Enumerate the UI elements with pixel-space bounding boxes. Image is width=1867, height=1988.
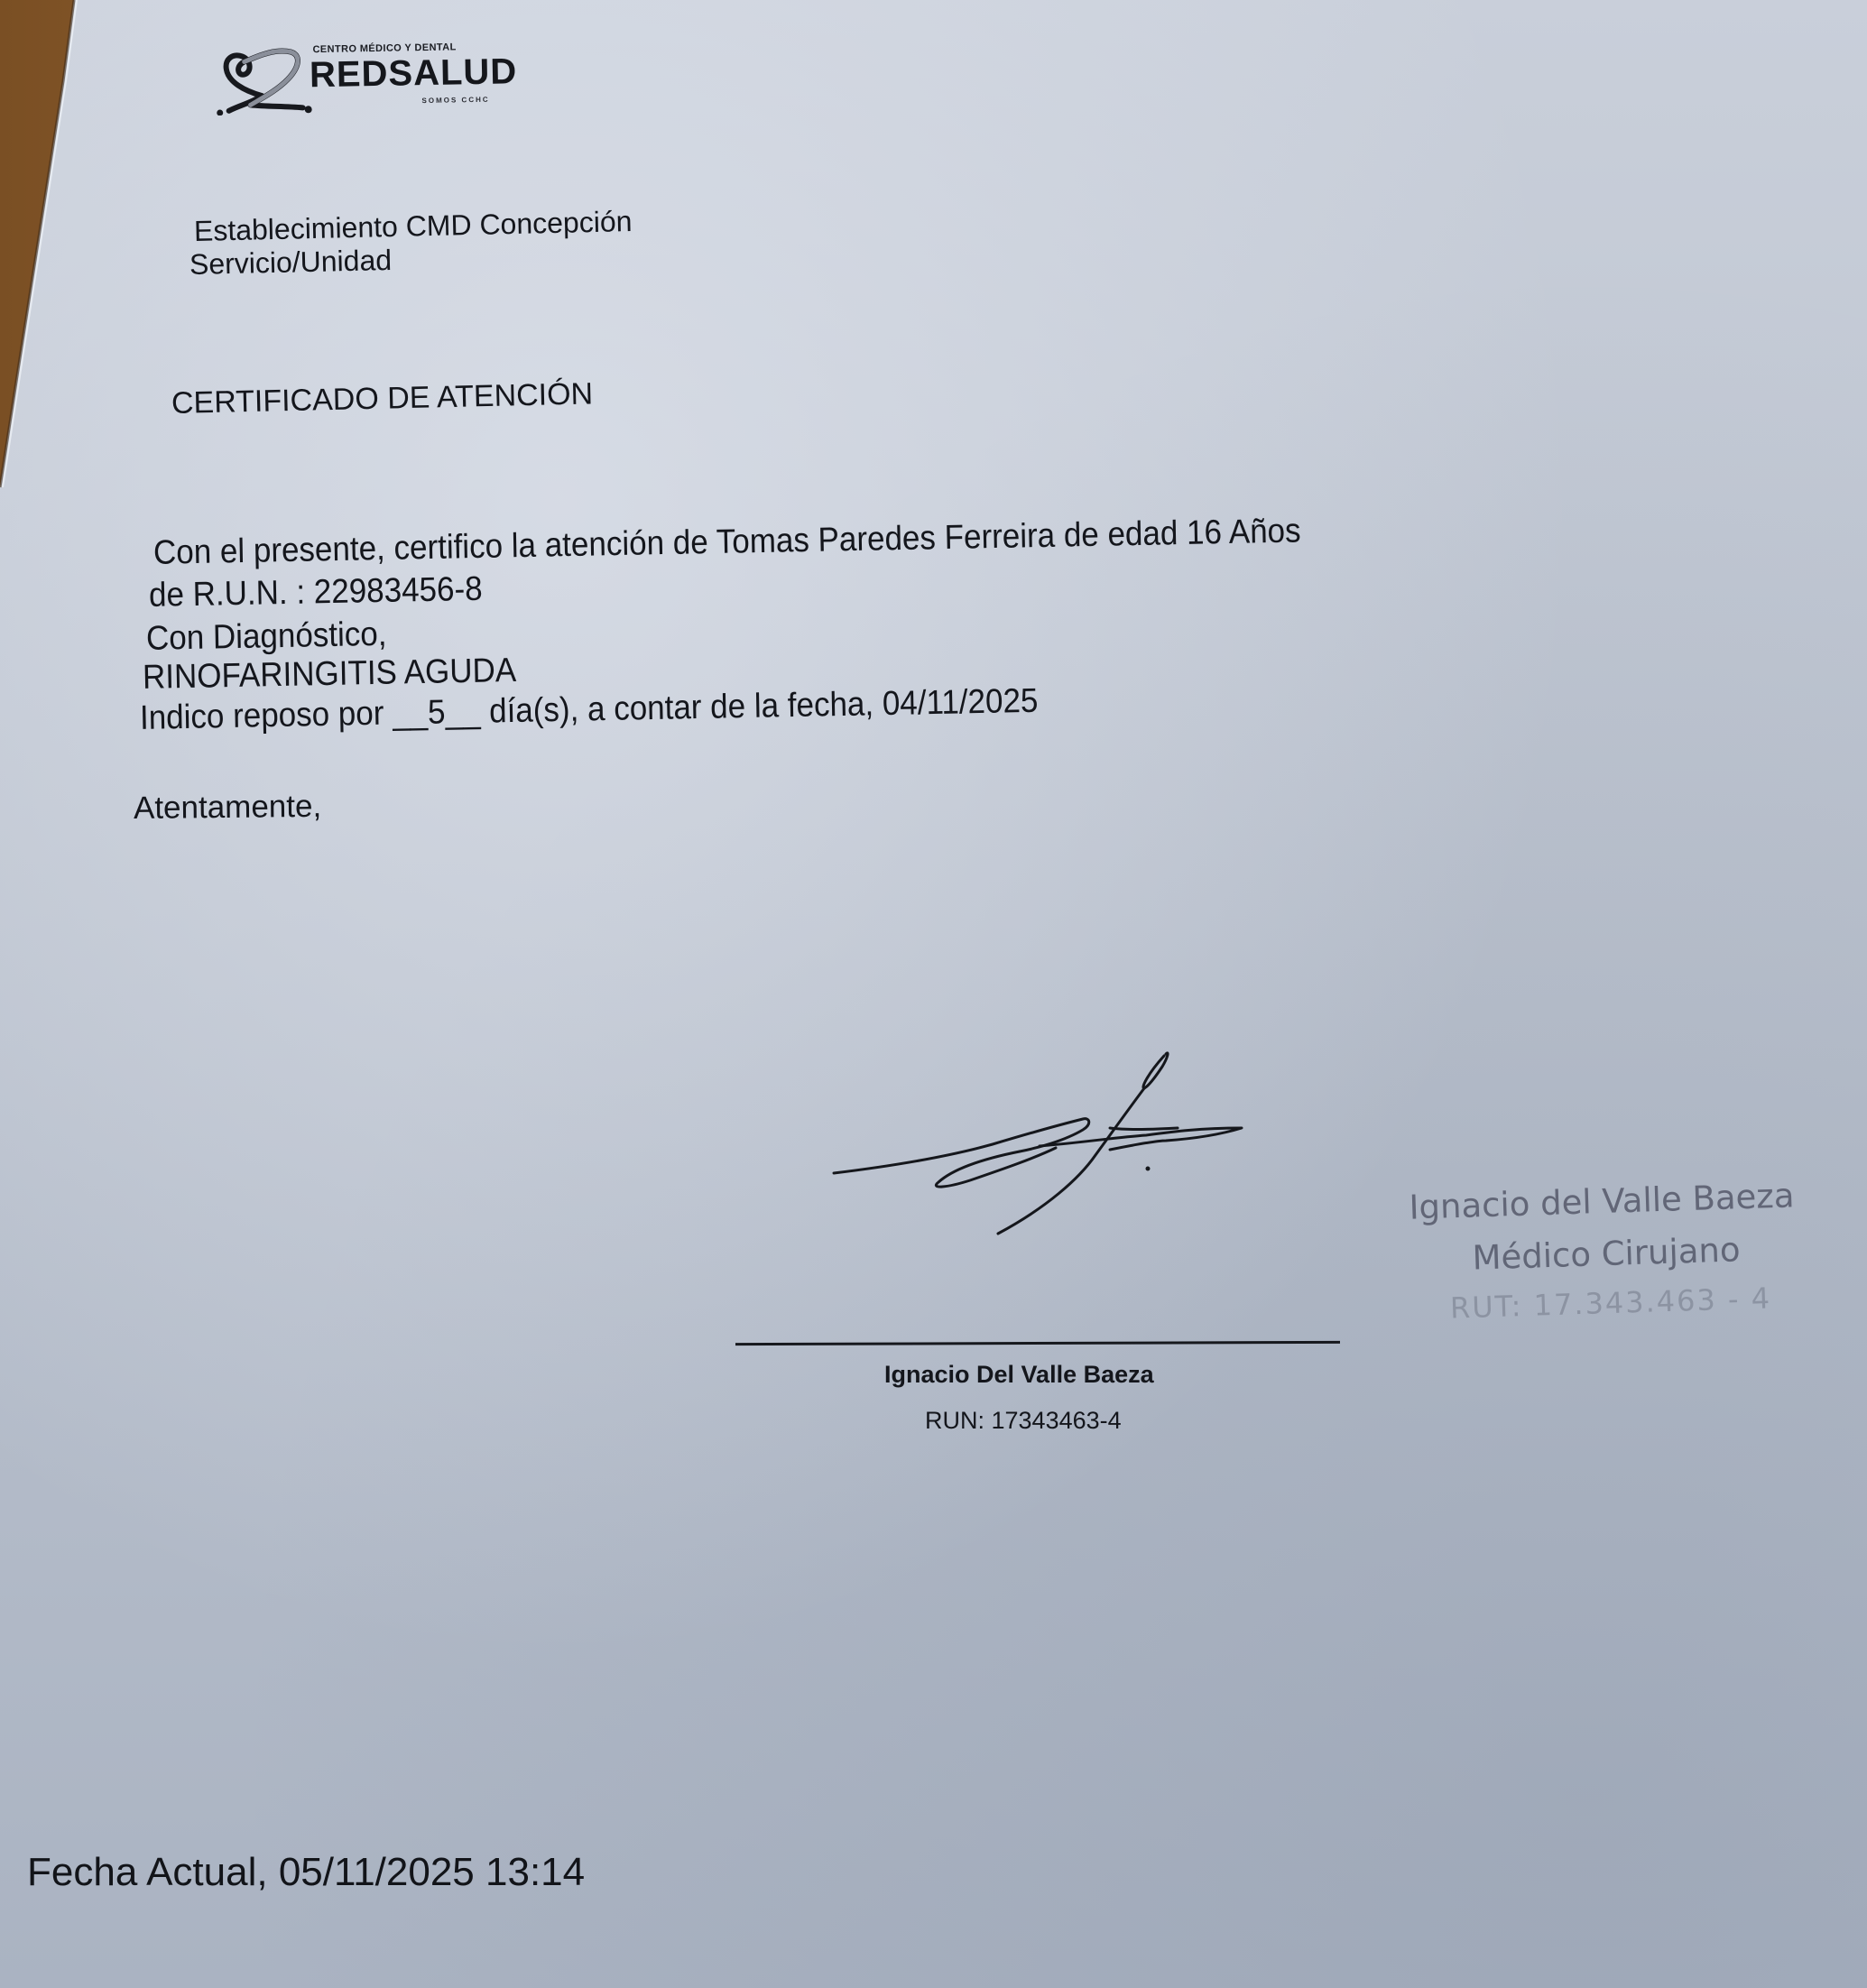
heart-loop-icon: [211, 37, 316, 116]
signer-run: RUN: 17343463-4: [925, 1407, 1122, 1435]
logo-brand-name: REDSALUD: [310, 53, 518, 93]
current-date-footer: Fecha Actual, 05/11/2025 13:14: [27, 1850, 585, 1895]
certificate-paper: [0, 0, 1867, 1988]
redsalud-logo: CENTRO MÉDICO Y DENTAL REDSALUD SOMOS CC…: [211, 33, 537, 116]
handwritten-signature: [812, 1038, 1263, 1245]
signer-name: Ignacio Del Valle Baeza: [884, 1361, 1154, 1389]
service-unit-label: Servicio/Unidad: [189, 244, 393, 282]
body-line-diagnosis-label: Con Diagnóstico,: [146, 615, 387, 658]
body-line-run: de R.U.N. : 22983456-8: [149, 569, 483, 615]
body-line-diagnosis: RINOFARINGITIS AGUDA: [143, 651, 517, 697]
logo-slogan: SOMOS CCHC: [421, 96, 489, 105]
closing-text: Atentamente,: [134, 789, 322, 827]
